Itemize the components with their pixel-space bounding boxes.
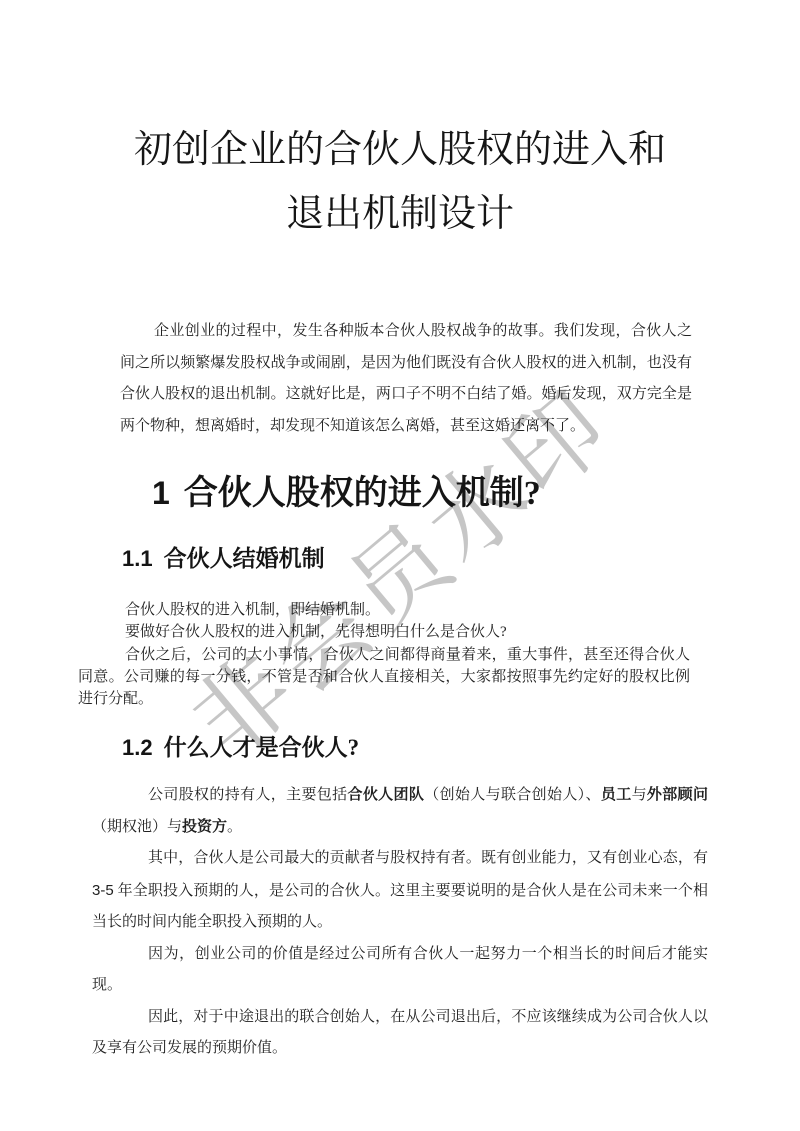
document-content: 初创企业的合伙人股权的进入和 退出机制设计 企业创业的过程中，发生各种版本合伙人…: [0, 0, 800, 1065]
section-1-1-heading-text: 合伙人结婚机制: [164, 546, 325, 571]
section-1-2-heading: 1.2什么人才是合伙人?: [122, 732, 708, 764]
intro-paragraph: 企业创业的过程中，发生各种版本合伙人股权战争的故事。我们发现，合伙人之间之所以频…: [120, 316, 692, 442]
section-1-heading-text: 合伙人股权的进入机制?: [184, 475, 541, 512]
section-1-2-heading-text: 什么人才是合伙人?: [164, 735, 360, 760]
paragraph-partner-definition: 其中，合伙人是公司最大的贡献者与股权持有者。既有创业能力，又有创业心态，有3-5…: [92, 843, 708, 939]
paragraph-what-is-partner-question: 要做好合伙人股权的进入机制，先得想明白什么是合伙人?: [78, 621, 690, 643]
paragraph-after-partnership: 合伙之后，公司的大小事情，合伙人之间都得商量着来，重大事件，甚至还得合伙人同意。…: [78, 644, 690, 711]
title-line-1: 初创企业的合伙人股权的进入和: [92, 118, 708, 182]
section-1-1-body: 合伙人股权的进入机制，即结婚机制。 要做好合伙人股权的进入机制，先得想明白什么是…: [78, 599, 708, 710]
section-1-number: 1: [152, 475, 170, 511]
title-line-2: 退出机制设计: [92, 182, 708, 246]
paragraph-company-value: 因为，创业公司的价值是经过公司所有合伙人一起努力一个相当长的时间后才能实现。: [92, 939, 708, 1002]
section-1-heading: 1合伙人股权的进入机制?: [152, 470, 708, 517]
paragraph-midway-exit: 因此，对于中途退出的联合创始人，在从公司退出后，不应该继续成为公司合伙人以及享有…: [92, 1002, 708, 1065]
paragraph-equity-holders: 公司股权的持有人，主要包括合伙人团队（创始人与联合创始人）、员工与外部顾问（期权…: [92, 780, 708, 843]
section-1-2-number: 1.2: [122, 735, 153, 760]
section-1-1-heading: 1.1合伙人结婚机制: [122, 543, 708, 575]
document-page: 非会员水印 初创企业的合伙人股权的进入和 退出机制设计 企业创业的过程中，发生各…: [0, 0, 800, 1131]
section-1-1-number: 1.1: [122, 546, 153, 571]
paragraph-marriage-mechanism: 合伙人股权的进入机制，即结婚机制。: [78, 599, 690, 621]
document-title: 初创企业的合伙人股权的进入和 退出机制设计: [92, 0, 708, 246]
